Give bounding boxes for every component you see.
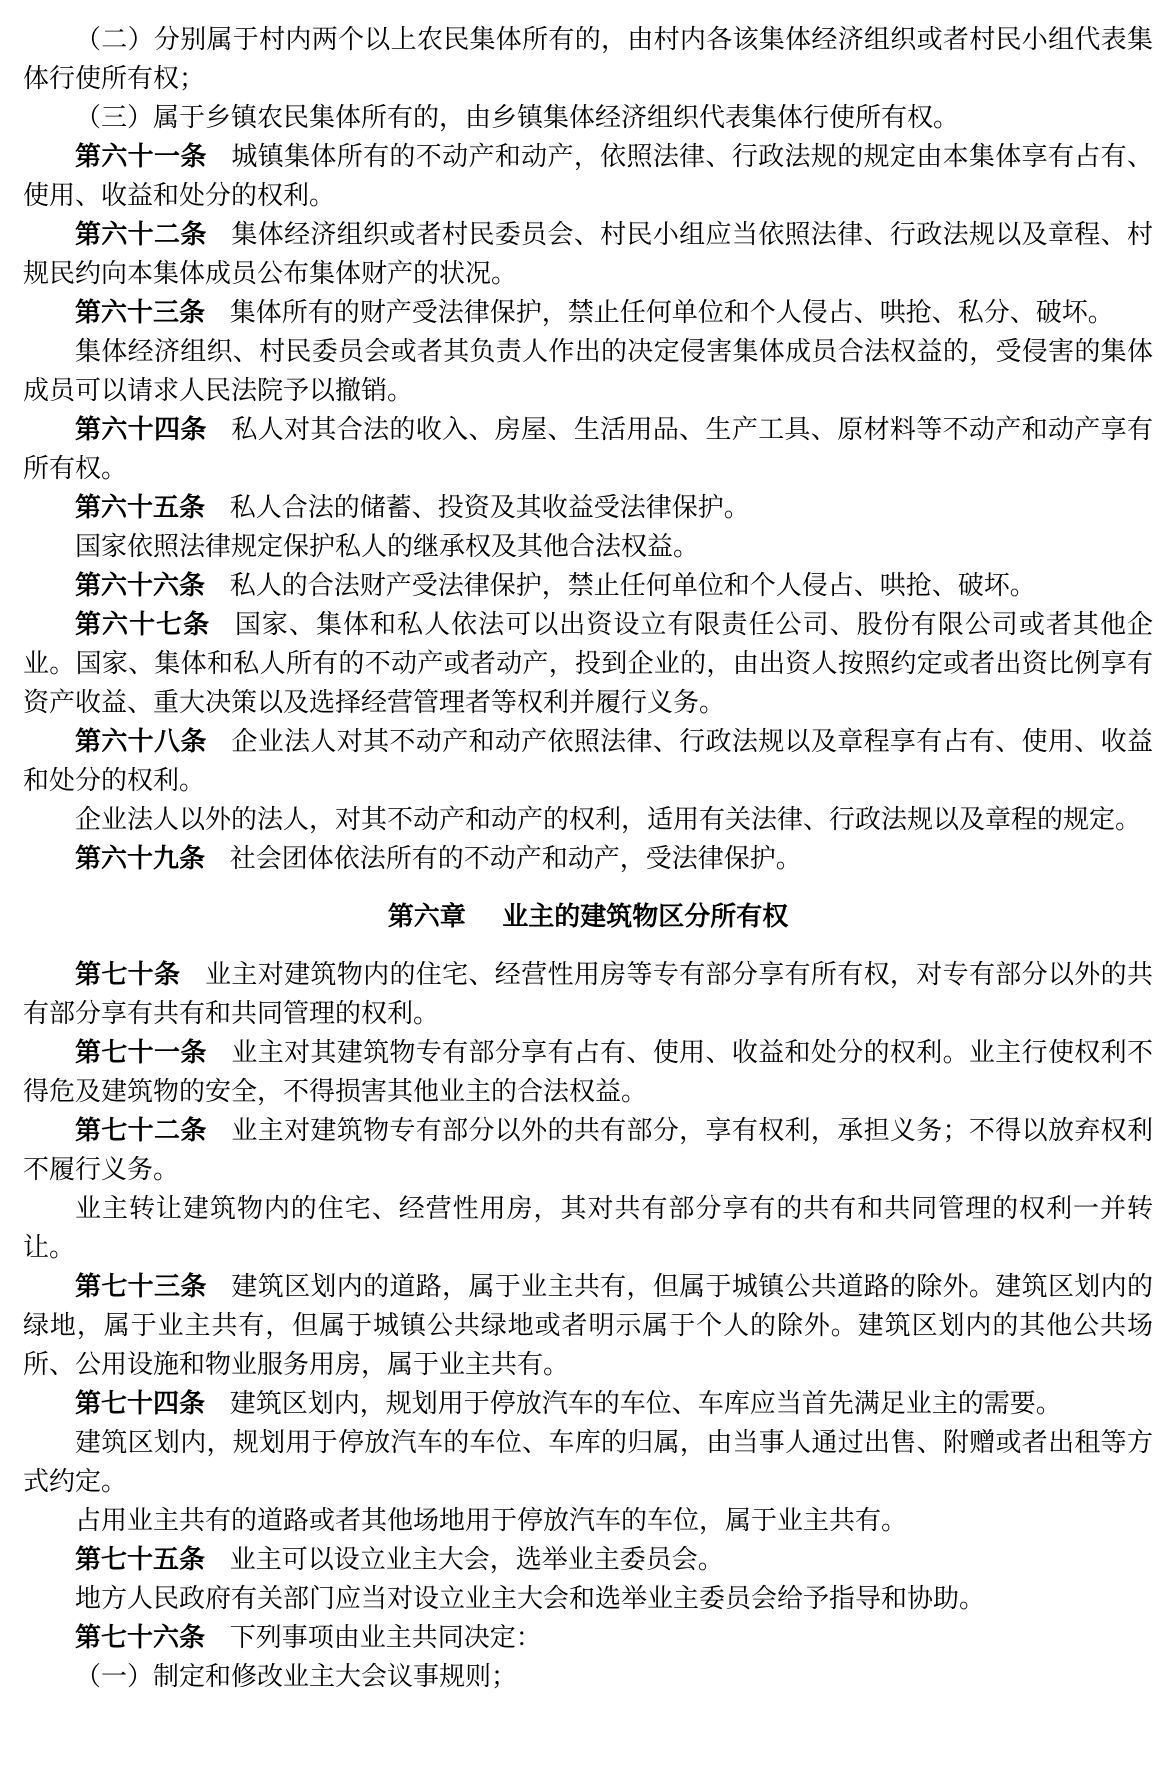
article-number: 第七十条 [75, 959, 180, 989]
paragraph: （三）属于乡镇农民集体所有的，由乡镇集体经济组织代表集体行使所有权。 [23, 98, 1153, 137]
paragraph: 第七十一条业主对其建筑物专有部分享有占有、使用、收益和处分的权利。业主行使权利不… [23, 1033, 1153, 1111]
chapter-title: 业主的建筑物区分所有权 [502, 901, 788, 931]
paragraph-text: 占用业主共有的道路或者其他场地用于停放汽车的车位，属于业主共有。 [75, 1506, 907, 1535]
paragraph: 占用业主共有的道路或者其他场地用于停放汽车的车位，属于业主共有。 [23, 1501, 1153, 1540]
paragraph: 第六十四条私人对其合法的收入、房屋、生活用品、生产工具、原材料等不动产和动产享有… [23, 410, 1153, 488]
document-body: （二）分别属于村内两个以上农民集体所有的，由村内各该集体经济组织或者村民小组代表… [23, 20, 1153, 1696]
paragraph: 企业法人以外的法人，对其不动产和动产的权利，适用有关法律、行政法规以及章程的规定… [23, 800, 1153, 839]
paragraph-text: 集体所有的财产受法律保护，禁止任何单位和个人侵占、哄抢、私分、破坏。 [230, 298, 1114, 327]
article-number: 第六十一条 [75, 141, 207, 171]
paragraph-text: 企业法人以外的法人，对其不动产和动产的权利，适用有关法律、行政法规以及章程的规定… [75, 805, 1141, 834]
paragraph-text: 国家依照法律规定保护私人的继承权及其他合法权益。 [75, 532, 699, 561]
paragraph-text: 社会团体依法所有的不动产和动产，受法律保护。 [230, 844, 802, 873]
paragraph: 国家依照法律规定保护私人的继承权及其他合法权益。 [23, 527, 1153, 566]
article-number: 第七十五条 [75, 1544, 205, 1574]
paragraph: 地方人民政府有关部门应当对设立业主大会和选举业主委员会给予指导和协助。 [23, 1579, 1153, 1618]
paragraph-text: （一）制定和修改业主大会议事规则； [75, 1662, 517, 1691]
article-number: 第六十八条 [75, 726, 207, 756]
article-number: 第六十四条 [75, 414, 207, 444]
article-number: 第七十四条 [75, 1388, 205, 1418]
paragraph: 第六十五条私人合法的储蓄、投资及其收益受法律保护。 [23, 488, 1153, 527]
article-number: 第七十二条 [75, 1115, 207, 1145]
chapter-number: 第六章 [388, 901, 466, 931]
article-number: 第六十三条 [75, 297, 205, 327]
paragraph: 第七十三条建筑区划内的道路，属于业主共有，但属于城镇公共道路的除外。建筑区划内的… [23, 1267, 1153, 1384]
paragraph: 第七十二条业主对建筑物专有部分以外的共有部分，享有权利，承担义务；不得以放弃权利… [23, 1111, 1153, 1189]
paragraph-text: 业主转让建筑物内的住宅、经营性用房，其对共有部分享有的共有和共同管理的权利一并转… [23, 1194, 1153, 1262]
article-number: 第六十七条 [75, 609, 210, 639]
paragraph: 第七十五条业主可以设立业主大会，选举业主委员会。 [23, 1540, 1153, 1579]
paragraph-text: 建筑区划内，规划用于停放汽车的车位、车库应当首先满足业主的需要。 [230, 1389, 1062, 1418]
article-number: 第六十九条 [75, 843, 205, 873]
paragraph: 第六十七条国家、集体和私人依法可以出资设立有限责任公司、股份有限公司或者其他企业… [23, 605, 1153, 722]
article-number: 第六十二条 [75, 219, 207, 249]
paragraph-text: 私人合法的储蓄、投资及其收益受法律保护。 [230, 493, 750, 522]
paragraph: 集体经济组织、村民委员会或者其负责人作出的决定侵害集体成员合法权益的，受侵害的集… [23, 332, 1153, 410]
paragraph-text: 私人的合法财产受法律保护，禁止任何单位和个人侵占、哄抢、破坏。 [230, 571, 1036, 600]
article-number: 第六十六条 [75, 570, 205, 600]
article-number: 第七十三条 [75, 1271, 207, 1301]
chapter-heading: 第六章业主的建筑物区分所有权 [23, 897, 1153, 936]
article-number: 第七十六条 [75, 1622, 205, 1652]
paragraph-text: 业主可以设立业主大会，选举业主委员会。 [230, 1545, 724, 1574]
paragraph: 第七十条业主对建筑物内的住宅、经营性用房等专有部分享有所有权，对专有部分以外的共… [23, 955, 1153, 1033]
paragraph: 第六十一条城镇集体所有的不动产和动产，依照法律、行政法规的规定由本集体享有占有、… [23, 137, 1153, 215]
paragraph: 第六十二条集体经济组织或者村民委员会、村民小组应当依照法律、行政法规以及章程、村… [23, 215, 1153, 293]
paragraph-text: 集体经济组织、村民委员会或者其负责人作出的决定侵害集体成员合法权益的，受侵害的集… [23, 337, 1153, 405]
paragraph-text: 业主对建筑物内的住宅、经营性用房等专有部分享有所有权，对专有部分以外的共有部分享… [23, 960, 1153, 1028]
paragraph: 第六十八条企业法人对其不动产和动产依照法律、行政法规以及章程享有占有、使用、收益… [23, 722, 1153, 800]
paragraph-text: 建筑区划内，规划用于停放汽车的车位、车库的归属，由当事人通过出售、附赠或者出租等… [23, 1428, 1153, 1496]
paragraph: 建筑区划内，规划用于停放汽车的车位、车库的归属，由当事人通过出售、附赠或者出租等… [23, 1423, 1153, 1501]
paragraph-text: （三）属于乡镇农民集体所有的，由乡镇集体经济组织代表集体行使所有权。 [75, 103, 959, 132]
paragraph-text: 下列事项由业主共同决定： [230, 1623, 542, 1652]
paragraph: 第七十四条建筑区划内，规划用于停放汽车的车位、车库应当首先满足业主的需要。 [23, 1384, 1153, 1423]
paragraph: 第六十六条私人的合法财产受法律保护，禁止任何单位和个人侵占、哄抢、破坏。 [23, 566, 1153, 605]
paragraph: 第六十九条社会团体依法所有的不动产和动产，受法律保护。 [23, 839, 1153, 878]
paragraph: （一）制定和修改业主大会议事规则； [23, 1657, 1153, 1696]
paragraph: 第六十三条集体所有的财产受法律保护，禁止任何单位和个人侵占、哄抢、私分、破坏。 [23, 293, 1153, 332]
paragraph: （二）分别属于村内两个以上农民集体所有的，由村内各该集体经济组织或者村民小组代表… [23, 20, 1153, 98]
article-number: 第六十五条 [75, 492, 205, 522]
article-number: 第七十一条 [75, 1037, 207, 1067]
paragraph-text: （二）分别属于村内两个以上农民集体所有的，由村内各该集体经济组织或者村民小组代表… [23, 25, 1153, 93]
paragraph: 业主转让建筑物内的住宅、经营性用房，其对共有部分享有的共有和共同管理的权利一并转… [23, 1189, 1153, 1267]
paragraph-text: 地方人民政府有关部门应当对设立业主大会和选举业主委员会给予指导和协助。 [75, 1584, 985, 1613]
document-page: （二）分别属于村内两个以上农民集体所有的，由村内各该集体经济组织或者村民小组代表… [0, 0, 1176, 1767]
paragraph: 第七十六条下列事项由业主共同决定： [23, 1618, 1153, 1657]
